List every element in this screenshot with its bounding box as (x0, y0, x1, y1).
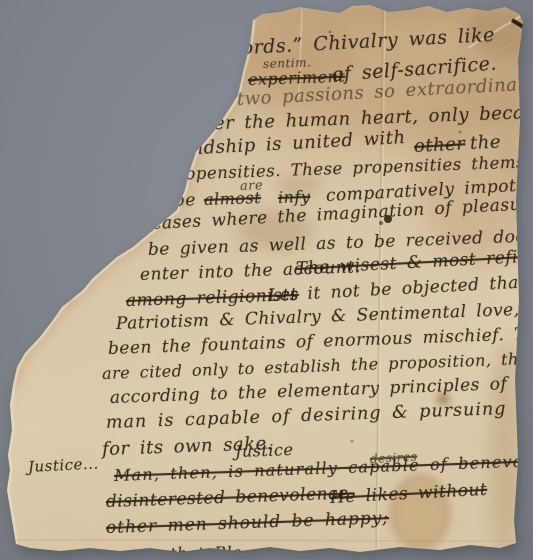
manuscript-line-struck: almost (204, 188, 262, 209)
manuscript-line-struck: infy (278, 187, 311, 207)
manuscript-line-struck: disinterested benevolence. (106, 483, 355, 512)
photograph-canvas: words.” Chivalry was like sentim. experi… (0, 0, 533, 560)
manuscript-line: Justice (235, 440, 294, 461)
manuscript-line: the (469, 131, 501, 154)
manuscript-line-struck: other (413, 133, 465, 157)
margin-note-justice: Justice... (28, 454, 100, 476)
manuscript-line-struck: other men should be happy; (106, 508, 390, 538)
